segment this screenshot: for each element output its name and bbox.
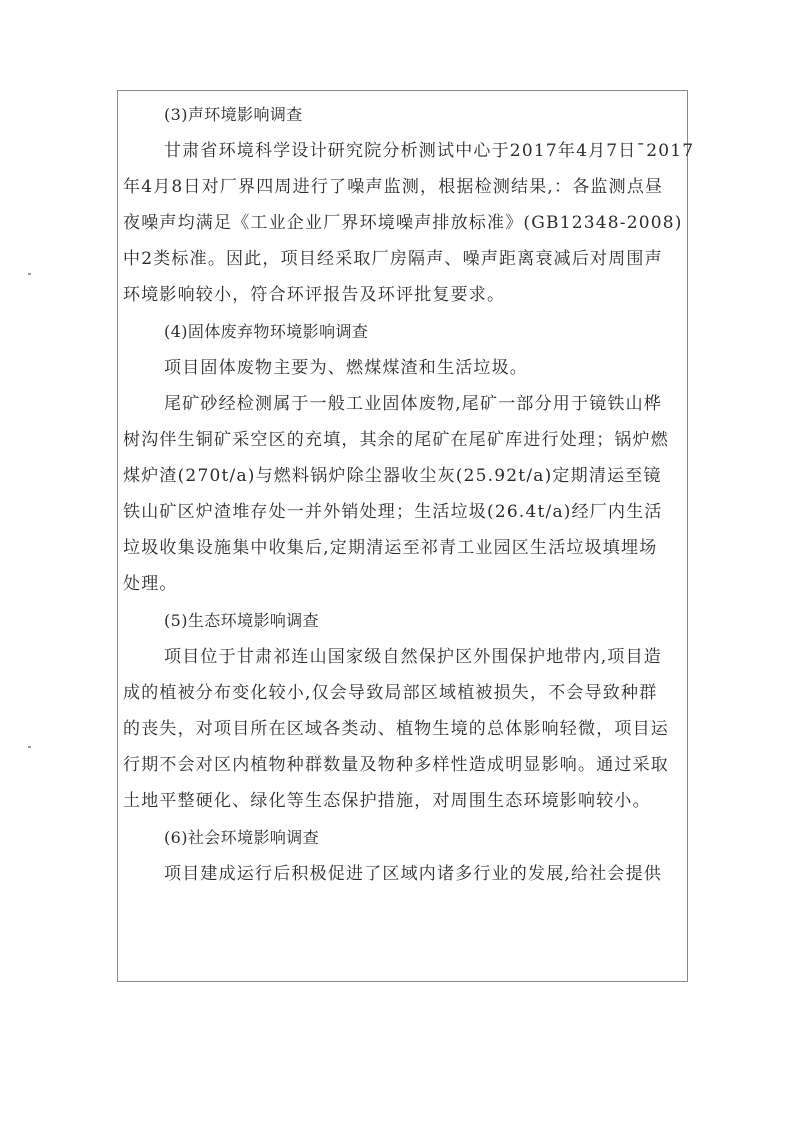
- paragraph-line: 垃圾收集设施集中收集后,定期清运至祁青工业园区生活垃圾填埋场: [123, 538, 657, 558]
- paragraph-line: 煤炉渣(270t/a)与燃料锅炉除尘器收尘灰(25.92t/a)定期清运至镜: [123, 466, 662, 486]
- paragraph-line: 环境影响较小，符合环评报告及环评批复要求。: [123, 285, 505, 305]
- paragraph-line: 项目建成运行后积极促进了区域内诸多行业的发展,给社会提供: [164, 864, 662, 884]
- paragraph-line: 尾矿砂经检测属于一般工业固体废物,尾矿一部分用于镜铁山桦: [164, 394, 662, 414]
- content-frame: (3)声环境影响调查 甘肃省环境科学设计研究院分析测试中心于2017年4月7日¯…: [117, 90, 688, 982]
- paragraph-line: 树沟伴生铜矿采空区的充填，其余的尾矿在尾矿库进行处理；锅炉燃: [123, 430, 669, 450]
- scan-speck: [28, 273, 31, 275]
- paragraph-line: 甘肃省环境科学设计研究院分析测试中心于2017年4月7日¯2017: [164, 141, 694, 161]
- paragraph-line: 处理。: [123, 574, 178, 594]
- paragraph-line: 铁山矿区炉渣堆存处一并外销处理；生活垃圾(26.4t/a)经厂内生活: [123, 502, 663, 522]
- section-heading-solid-waste: (4)固体废弃物环境影响调查: [164, 322, 368, 342]
- paragraph-line: 行期不会对区内植物种群数量及物种多样性造成明显影响。通过采取: [123, 755, 669, 775]
- section-heading-ecology: (5)生态环境影响调查: [164, 611, 319, 631]
- paragraph-line: 项目固体废物主要为、燃煤煤渣和生活垃圾。: [164, 358, 528, 378]
- paragraph-line: 项目位于甘肃祁连山国家级自然保护区外围保护地带内,项目造: [164, 647, 662, 667]
- section-heading-social: (6)社会环境影响调查: [164, 828, 319, 848]
- paragraph-line: 中2类标准。因此，项目经采取厂房隔声、噪声距离衰减后对周围声: [123, 249, 663, 269]
- paragraph-line: 土地平整硬化、绿化等生态保护措施，对周围生态环境影响较小。: [123, 791, 651, 811]
- scan-speck: [28, 746, 31, 748]
- section-heading-noise: (3)声环境影响调查: [164, 105, 303, 125]
- paragraph-line: 夜噪声均满足《工业企业厂界环境噪声排放标准》(GB12348-2008): [123, 213, 683, 233]
- paragraph-line: 成的植被分布变化较小,仅会导致局部区域植被损失，不会导致种群: [123, 683, 657, 703]
- paragraph-line: 的丧失，对项目所在区域各类动、植物生境的总体影响轻微，项目运: [123, 719, 669, 739]
- paragraph-line: 年4月8日对厂界四周进行了噪声监测，根据检测结果,：各监测点昼: [123, 177, 663, 197]
